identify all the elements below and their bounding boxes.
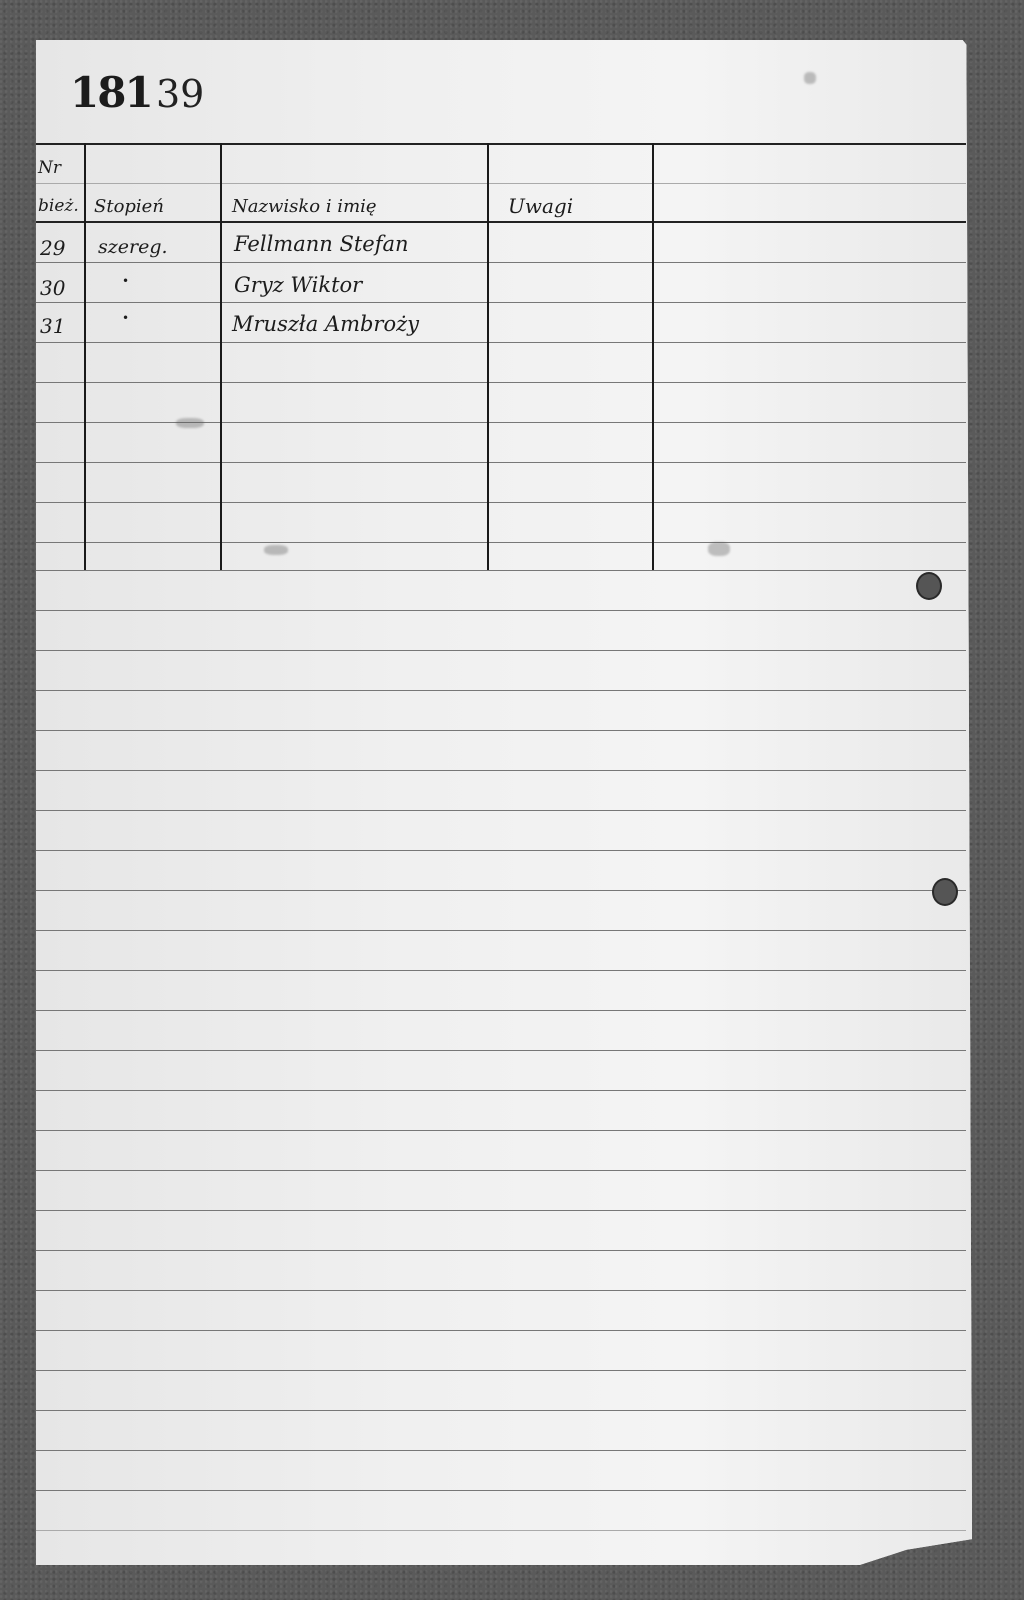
ruled-line <box>36 1450 966 1451</box>
ruled-line <box>36 610 966 611</box>
punch-hole-upper <box>916 572 942 600</box>
ruled-line <box>36 1130 966 1131</box>
stain <box>804 72 816 84</box>
table-row-rule <box>36 542 966 543</box>
ruled-line <box>36 1370 966 1371</box>
header-mid-rule <box>36 183 966 184</box>
row-3-nr: 31 <box>40 314 65 338</box>
row-3-rank: • <box>122 311 129 325</box>
row-1-name: Fellmann Stefan <box>234 232 409 256</box>
table-row-rule <box>36 302 966 303</box>
ruled-line <box>36 810 966 811</box>
header-nr-line2: bież. <box>38 196 79 216</box>
row-1-nr: 29 <box>40 236 65 260</box>
header-name: Nazwisko i imię <box>232 196 377 217</box>
stain <box>708 542 730 556</box>
row-2-rank: • <box>122 274 129 288</box>
row-2-nr: 30 <box>40 276 65 300</box>
table-row-rule <box>36 382 966 383</box>
ruled-line <box>36 1090 966 1091</box>
ruled-line <box>36 1410 966 1411</box>
ruled-line <box>36 1170 966 1171</box>
table-row-rule <box>36 462 966 463</box>
stain <box>176 418 204 428</box>
header-remarks: Uwagi <box>508 194 573 218</box>
page-stamp-number: 181 <box>70 68 152 117</box>
ruled-line <box>36 890 966 891</box>
ruled-line <box>36 930 966 931</box>
ruled-line <box>36 770 966 771</box>
header-bottom-border <box>36 221 966 223</box>
row-3-name: Mruszła Ambroży <box>232 312 419 336</box>
ruled-line <box>36 1010 966 1011</box>
ruled-line <box>36 650 966 651</box>
header-rank: Stopień <box>94 196 164 217</box>
row-1-rank: szereg. <box>98 236 168 258</box>
ruled-line <box>36 1290 966 1291</box>
ruled-line <box>36 970 966 971</box>
punch-hole-lower <box>932 878 958 906</box>
ruled-line <box>36 850 966 851</box>
stain <box>264 545 288 555</box>
page-handwritten-number: 39 <box>156 72 204 116</box>
ruled-line <box>36 1210 966 1211</box>
row-2-name: Gryz Wiktor <box>234 273 362 297</box>
ruled-line <box>36 1250 966 1251</box>
ruled-line <box>36 690 966 691</box>
header-nr-line1: Nr <box>38 158 61 178</box>
register-sheet: 181 39 Nr bież. Stopień Nazwisko i imię … <box>36 40 972 1565</box>
ruled-line <box>36 730 966 731</box>
ruled-line <box>36 1490 966 1491</box>
table-row-rule <box>36 262 966 263</box>
ruled-line <box>36 1530 966 1531</box>
column-divider-rank <box>220 143 222 570</box>
column-divider-remarks <box>652 143 654 570</box>
column-divider-nr <box>84 143 86 570</box>
ruled-line <box>36 1050 966 1051</box>
table-row-rule <box>36 502 966 503</box>
ruled-line <box>36 1330 966 1331</box>
table-bottom-border <box>36 570 966 571</box>
column-divider-name <box>487 143 489 570</box>
table-row-rule <box>36 342 966 343</box>
table-top-border <box>36 143 966 145</box>
